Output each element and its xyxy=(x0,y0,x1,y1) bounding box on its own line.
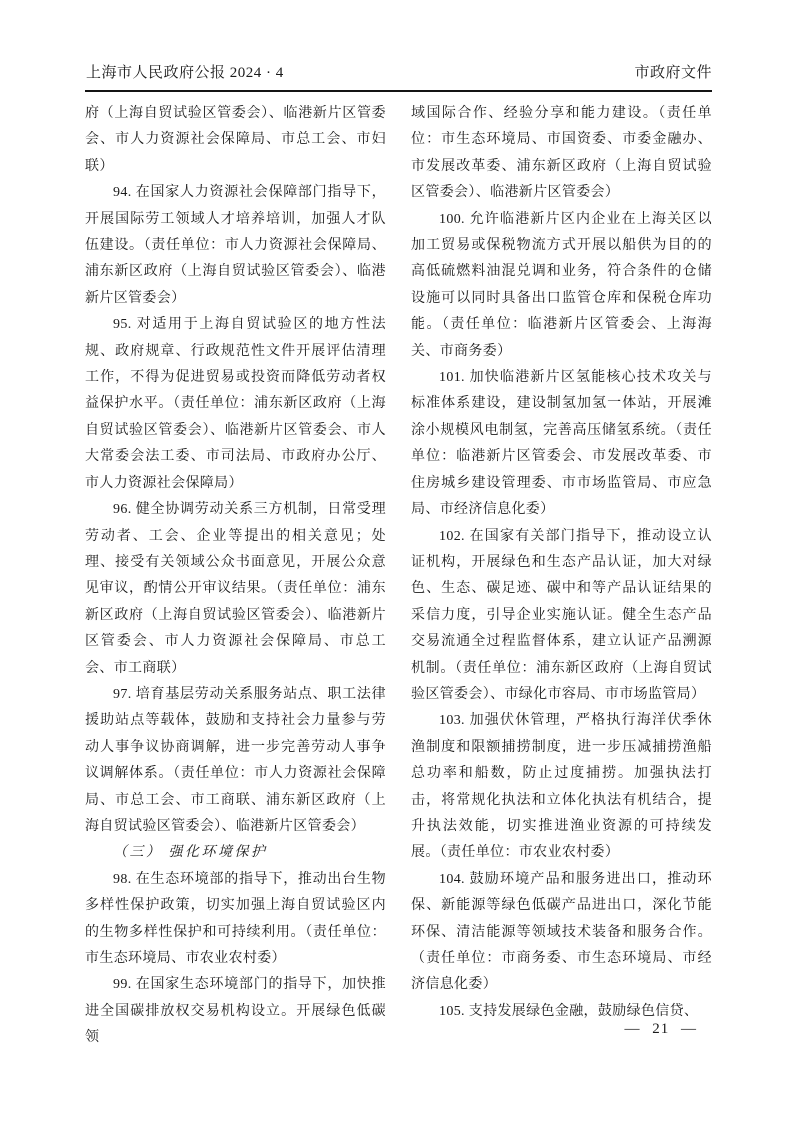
paragraph-102: 102. 在国家有关部门指导下，推动设立认证机构，开展绿色和生态产品认证，加大对… xyxy=(411,524,712,709)
paragraph-continuation-99: 域国际合作、经验分享和能力建设。（责任单位：市生态环境局、市国资委、市委金融办、… xyxy=(411,101,712,207)
paragraph-continuation-93: 府（上海自贸试验区管委会）、临港新片区管委会、市人力资源社会保障局、市总工会、市… xyxy=(85,101,386,180)
page-number: — 21 — xyxy=(625,1021,698,1038)
paragraph-100: 100. 允许临港新片区内企业在上海关区以加工贸易或保税物流方式开展以船供为目的… xyxy=(411,207,712,365)
paragraph-95: 95. 对适用于上海自贸试验区的地方性法规、政府规章、行政规范性文件开展评估清理… xyxy=(85,312,386,497)
text-column-right: 域国际合作、经验分享和能力建设。（责任单位：市生态环境局、市国资委、市委金融办、… xyxy=(411,101,712,1052)
text-column-left: 府（上海自贸试验区管委会）、临港新片区管委会、市人力资源社会保障局、市总工会、市… xyxy=(85,101,386,1052)
paragraph-101: 101. 加快临港新片区氢能核心技术攻关与标准体系建设，建设制氢加氢一体站，开展… xyxy=(411,365,712,523)
header-divider xyxy=(85,90,712,92)
document-body: 府（上海自贸试验区管委会）、临港新片区管委会、市人力资源社会保障局、市总工会、市… xyxy=(85,101,712,1052)
section-heading-environment: （三） 强化环境保护 xyxy=(85,840,386,866)
paragraph-94: 94. 在国家人力资源社会保障部门指导下，开展国际劳工领域人才培养培训，加强人才… xyxy=(85,180,386,312)
paragraph-97: 97. 培育基层劳动关系服务站点、职工法律援助站点等载体，鼓励和支持社会力量参与… xyxy=(85,682,386,840)
paragraph-99: 99. 在国家生态环境部门的指导下，加快推进全国碳排放权交易机构设立。开展绿色低… xyxy=(85,972,386,1051)
paragraph-98: 98. 在生态环境部的指导下，推动出台生物多样性保护政策，切实加强上海自贸试验区… xyxy=(85,867,386,973)
gazette-page: 上海市人民政府公报 2024 · 4 市政府文件 府（上海自贸试验区管委会）、临… xyxy=(0,0,793,1122)
paragraph-104: 104. 鼓励环境产品和服务进出口，推动环保、新能源等绿色低碳产品进出口，深化节… xyxy=(411,867,712,999)
running-header: 上海市人民政府公报 2024 · 4 市政府文件 xyxy=(86,61,712,82)
header-gazette-title: 上海市人民政府公报 2024 · 4 xyxy=(86,61,284,82)
paragraph-103: 103. 加强伏休管理，严格执行海洋伏季休渔制度和限额捕捞制度，进一步压减捕捞渔… xyxy=(411,708,712,866)
header-section-label: 市政府文件 xyxy=(634,61,712,82)
paragraph-96: 96. 健全协调劳动关系三方机制，日常受理劳动者、工会、企业等提出的相关意见；处… xyxy=(85,497,386,682)
